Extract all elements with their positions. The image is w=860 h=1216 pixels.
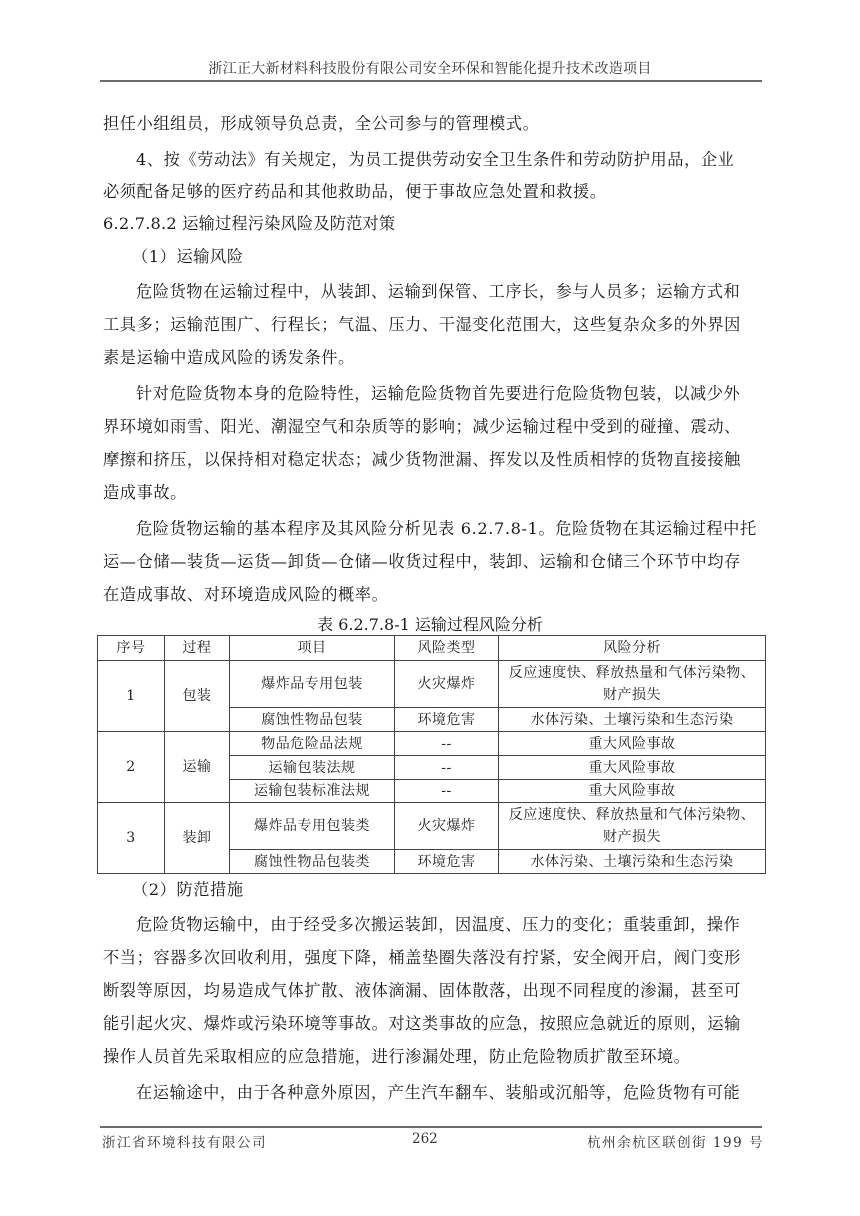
body-line: 危险货物运输的基本程序及其风险分析见表 6.2.7.8-1。危险货物在其运输过程… [136,519,796,539]
cell-process: 运输 [165,732,230,803]
table-header-row: 序号 过程 项目 风险类型 风险分析 [98,636,766,661]
body-line: 在运输途中，由于各种意外原因，产生汽车翻车、装船或沉船等，危险货物有可能 [136,1083,796,1103]
cell-risk-type: 火灾爆炸 [395,803,499,850]
cell-risk-type: 环境危害 [395,850,499,874]
footer-company: 浙江省环境科技有限公司 [102,1131,267,1151]
page-header-title: 浙江正大新材料科技股份有限公司安全环保和智能化提升技术改造项目 [100,58,760,78]
body-line: 危险货物在运输过程中，从装卸、运输到保管、工序长，参与人员多；运输方式和 [136,282,796,302]
body-line: 针对危险货物本身的危险特性，运输危险货物首先要进行危险货物包装，以减少外 [136,384,796,404]
analysis-line: 财产损失 [503,684,761,706]
body-line: 工具多；运输范围广、行程长；气温、压力、干湿变化范围大，这些复杂众多的外界因 [103,315,763,335]
risk-analysis-table: 序号 过程 项目 风险类型 风险分析 1 包装 爆炸品专用包装 火灾爆炸 反应速… [97,635,766,874]
body-line: 造成事故。 [103,483,763,503]
cell-process: 装卸 [165,803,230,874]
cell-item: 运输包装标准法规 [230,780,395,803]
cell-risk-analysis: 水体污染、土壤污染和生态污染 [499,850,766,874]
body-line: 能引起火灾、爆炸或污染环境等事故。对这类事故的应急，按照应急就近的原则，运输 [103,1014,763,1034]
header-risk-type: 风险类型 [395,636,499,661]
body-line: 素是运输中造成风险的诱发条件。 [103,348,763,368]
table-row: 3 装卸 爆炸品专用包装类 火灾爆炸 反应速度快、释放热量和气体污染物、 财产损… [98,803,766,850]
body-line: 操作人员首先采取相应的应急措施，进行渗漏处理，防止危险物质扩散至环境。 [103,1047,763,1067]
table-row: 1 包装 爆炸品专用包装 火灾爆炸 反应速度快、释放热量和气体污染物、 财产损失 [98,661,766,708]
cell-risk-type: -- [395,756,499,780]
cell-risk-analysis: 重大风险事故 [499,780,766,803]
table-caption: 表 6.2.7.8-1 运输过程风险分析 [100,612,760,635]
cell-no: 1 [98,661,165,732]
cell-item: 运输包装法规 [230,756,395,780]
section-heading: 6.2.7.8.2 运输过程污染风险及防范对策 [103,214,763,234]
cell-item: 爆炸品专用包装 [230,661,395,708]
cell-risk-analysis: 水体污染、土壤污染和生态污染 [499,708,766,732]
cell-risk-analysis: 反应速度快、释放热量和气体污染物、 财产损失 [499,661,766,708]
header-process: 过程 [165,636,230,661]
cell-risk-type: -- [395,780,499,803]
cell-item: 腐蚀性物品包装类 [230,850,395,874]
body-line: 摩擦和挤压，以保持相对稳定状态；减少货物泄漏、挥发以及性质相悖的货物直接接触 [103,450,763,470]
footer-address: 杭州余杭区联创街 199 号 [587,1131,764,1151]
cell-process: 包装 [165,661,230,732]
cell-risk-analysis: 重大风险事故 [499,732,766,756]
analysis-line: 反应速度快、释放热量和气体污染物、 [503,804,761,826]
body-line: 不当；容器多次回收利用，强度下降，桶盖垫圈失落没有拧紧，安全阀开启，阀门变形 [103,948,763,968]
cell-risk-type: 火灾爆炸 [395,661,499,708]
cell-item: 腐蚀性物品包装 [230,708,395,732]
body-line: 担任小组组员，形成领导负总责，全公司参与的管理模式。 [103,114,763,134]
page-number: 262 [412,1131,438,1147]
body-line: 断裂等原因，均易造成气体扩散、液体滴漏、固体散落，出现不同程度的渗漏，甚至可 [103,981,763,1001]
subsection-heading: （1）运输风险 [132,247,792,267]
analysis-line: 财产损失 [503,826,761,848]
body-line: 界环境如雨雪、阳光、潮湿空气和杂质等的影响；减少运输过程中受到的碰撞、震动、 [103,417,763,437]
header-no: 序号 [98,636,165,661]
cell-item: 物品危险品法规 [230,732,395,756]
body-line: 4、按《劳动法》有关规定，为员工提供劳动安全卫生条件和劳动防护用品，企业 [136,150,796,170]
body-line: 运—仓储—装货—运货—卸货—仓储—收货过程中，装卸、运输和仓储三个环节中均存 [103,552,763,572]
header-risk-analysis: 风险分析 [499,636,766,661]
table-row: 2 运输 物品危险品法规 -- 重大风险事故 [98,732,766,756]
analysis-line: 反应速度快、释放热量和气体污染物、 [503,662,761,684]
body-line: 在造成事故、对环境造成风险的概率。 [103,585,763,605]
cell-no: 3 [98,803,165,874]
cell-risk-type: -- [395,732,499,756]
cell-item: 爆炸品专用包装类 [230,803,395,850]
footer-divider [100,1126,762,1128]
cell-risk-analysis: 反应速度快、释放热量和气体污染物、 财产损失 [499,803,766,850]
header-divider [100,80,762,82]
body-line: 危险货物运输中，由于经受多次搬运装卸，因温度、压力的变化；重装重卸，操作 [136,915,796,935]
cell-risk-type: 环境危害 [395,708,499,732]
body-line: 必须配备足够的医疗药品和其他救助品，便于事故应急处置和救援。 [103,182,763,202]
subsection-heading: （2）防范措施 [132,880,792,900]
cell-no: 2 [98,732,165,803]
header-item: 项目 [230,636,395,661]
cell-risk-analysis: 重大风险事故 [499,756,766,780]
